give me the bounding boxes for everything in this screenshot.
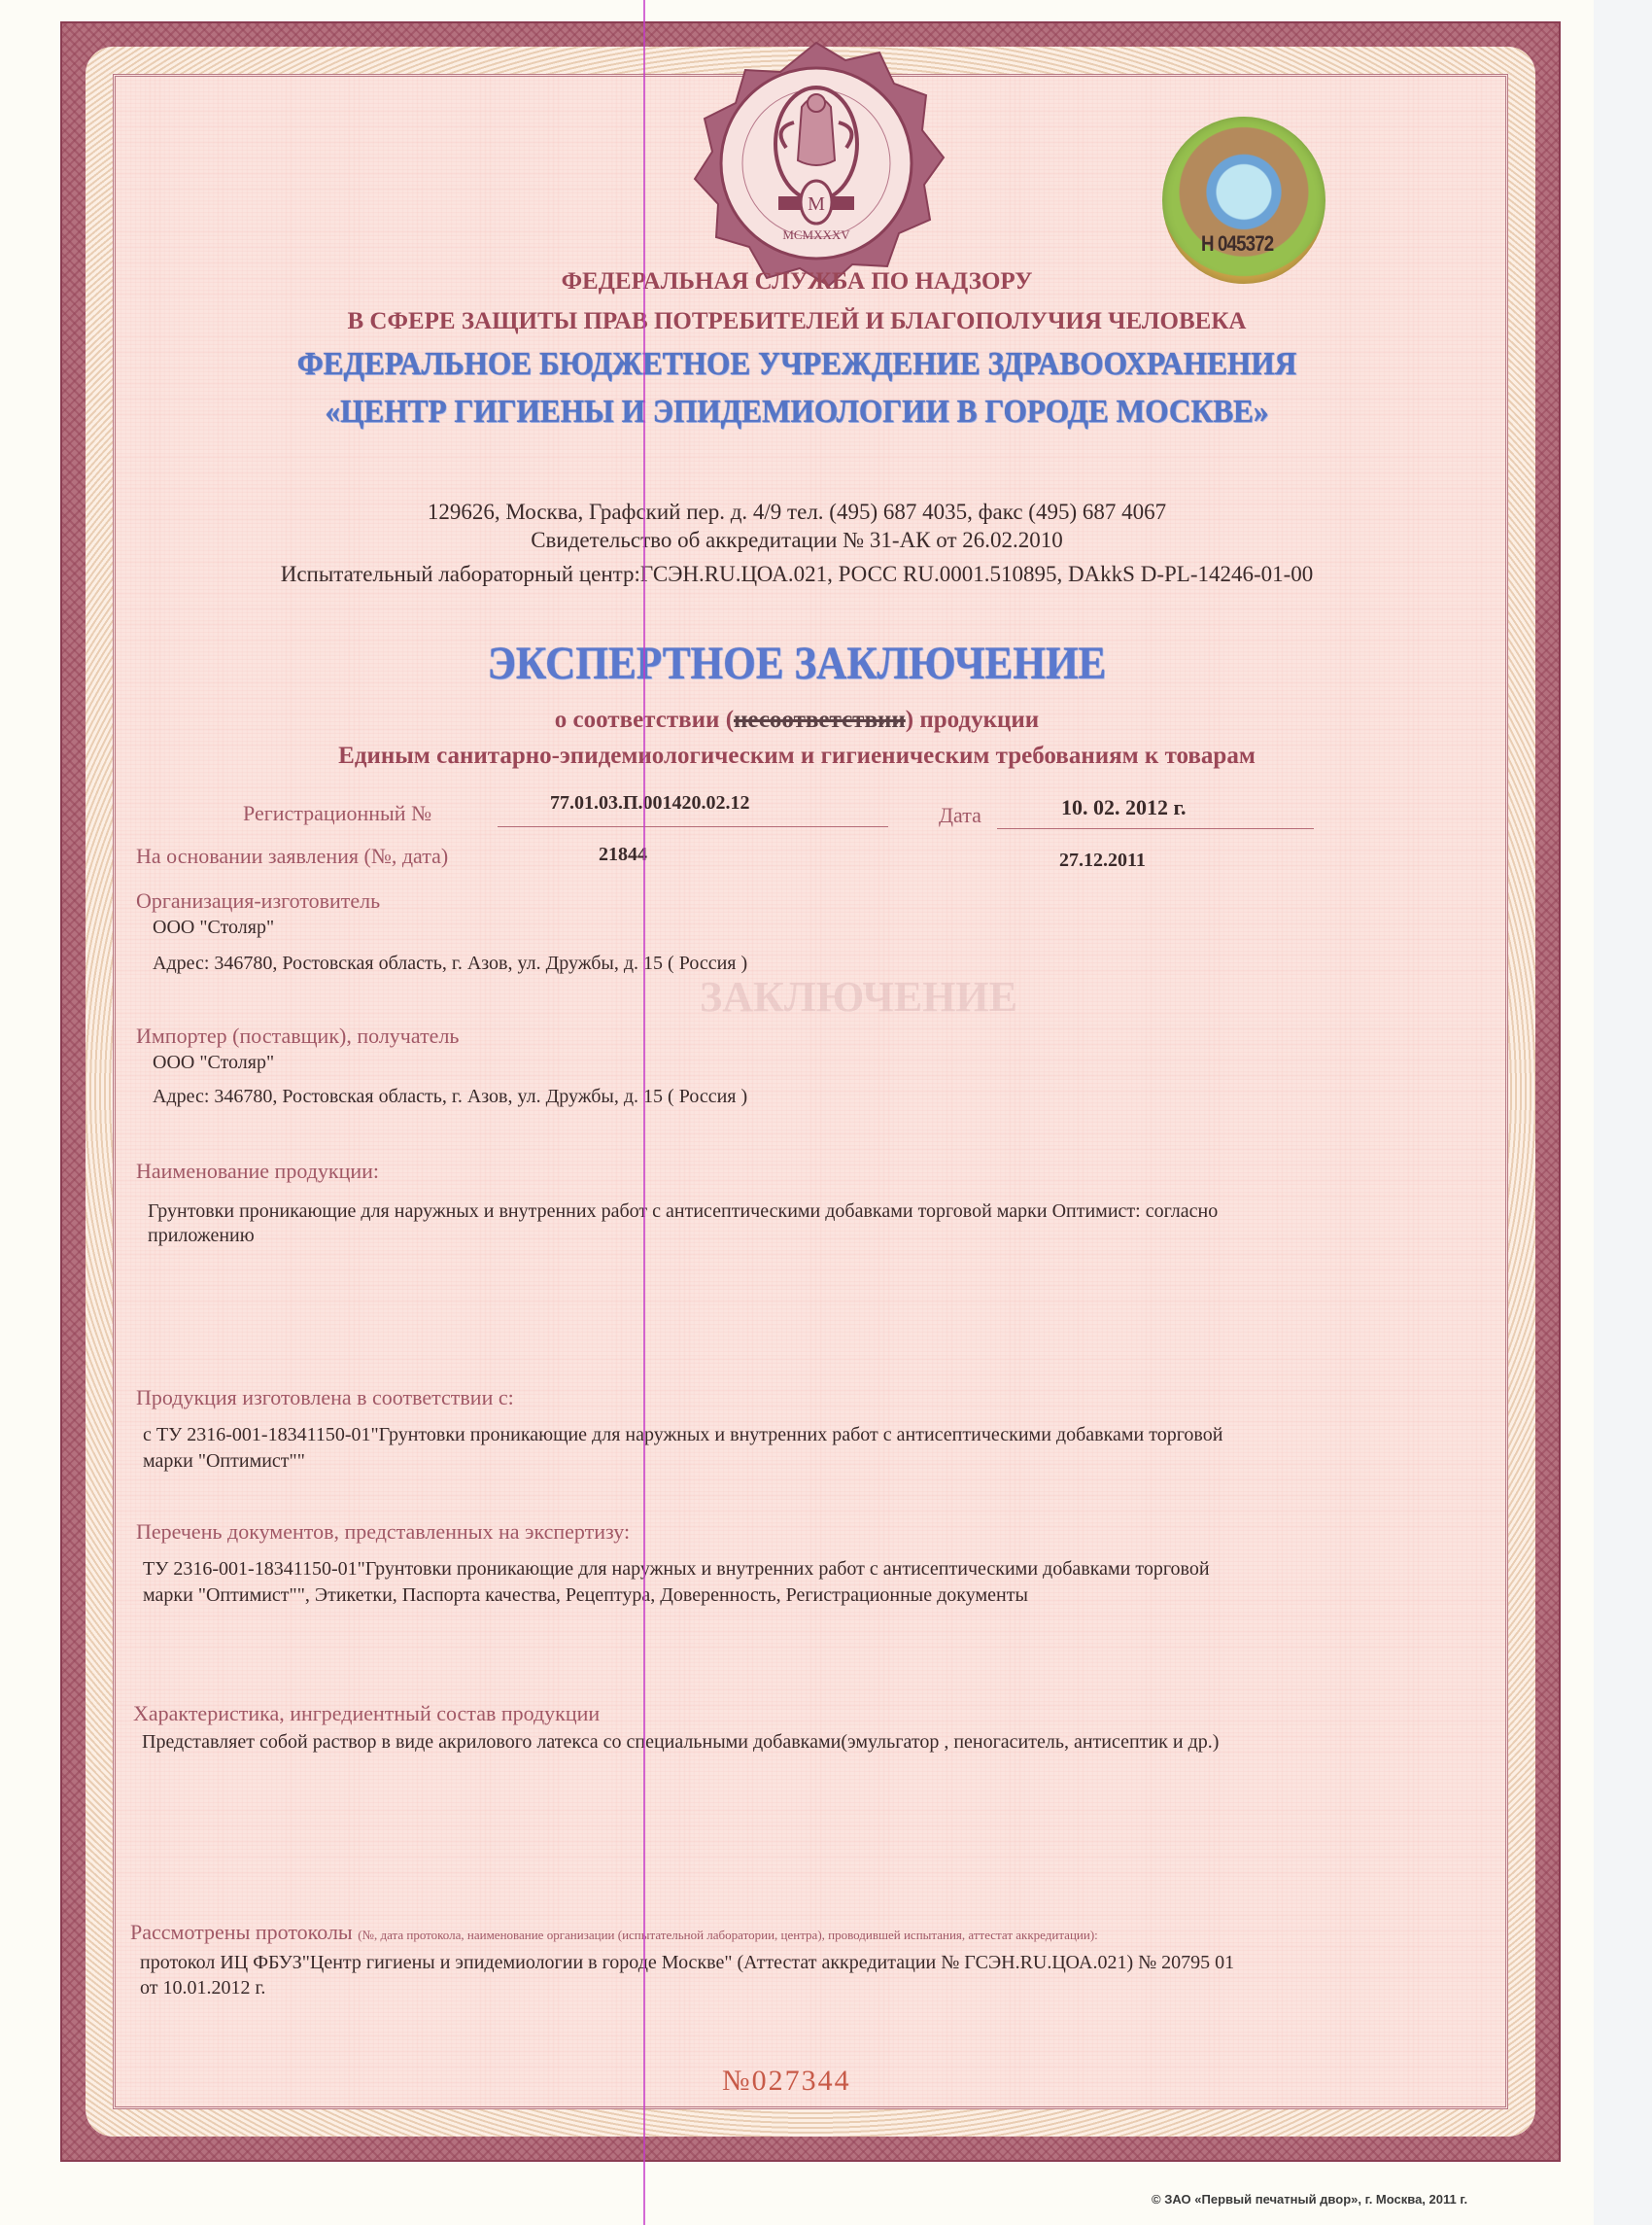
product-name-line1: Грунтовки проникающие для наружных и вну… <box>148 1200 1218 1223</box>
standard-line1: с ТУ 2316-001-18341150-01"Грунтовки прон… <box>143 1424 1222 1446</box>
protocols-label: Рассмотрены протоколы (№, дата протокола… <box>130 1920 1098 1945</box>
importer-label: Импортер (поставщик), получатель <box>136 1024 459 1049</box>
date-underline <box>997 828 1314 829</box>
laboratory-accreditations: Испытательный лабораторный центр:ГСЭН.RU… <box>0 562 1594 587</box>
form-serial-number: №027344 <box>722 2065 851 2098</box>
hologram-seal-icon: Н 045372 <box>1162 117 1325 284</box>
registration-number-label: Регистрационный № <box>243 801 431 826</box>
composition-text: Представляет собой раствор в виде акрило… <box>142 1731 1219 1754</box>
application-number: 21844 <box>599 844 647 866</box>
date-label: Дата <box>939 803 981 828</box>
scan-margin <box>1594 0 1652 2225</box>
registration-underline <box>498 826 888 827</box>
institution-address: 129626, Москва, Графский пер. д. 4/9 тел… <box>0 500 1594 525</box>
documents-line1: ТУ 2316-001-18341150-01"Грунтовки проник… <box>143 1558 1210 1581</box>
standard-label: Продукция изготовлена в соответствии с: <box>136 1385 514 1410</box>
printer-copyright: © ЗАО «Первый печатный двор», г. Москва,… <box>1152 2192 1467 2207</box>
application-label: На основании заявления (№, дата) <box>136 844 448 869</box>
agency-name-line2: В СФЕРЕ ЗАЩИТЫ ПРАВ ПОТРЕБИТЕЛЕЙ И БЛАГО… <box>0 308 1594 335</box>
protocol-line2: от 10.01.2012 г. <box>140 1977 265 1999</box>
manufacturer-name: ООО "Столяр" <box>153 917 274 939</box>
importer-address: Адрес: 346780, Ростовская область, г. Аз… <box>153 1086 747 1108</box>
documents-label: Перечень документов, представленных на э… <box>136 1519 630 1545</box>
institution-name-line2: «ЦЕНТР ГИГИЕНЫ И ЭПИДЕМИОЛОГИИ В ГОРОДЕ … <box>64 394 1531 431</box>
conformity-subtitle: о соответствии (несоответствии) продукци… <box>0 707 1594 734</box>
manufacturer-address: Адрес: 346780, Ростовская область, г. Аз… <box>153 953 747 975</box>
subtitle-suffix: ) продукции <box>906 707 1039 733</box>
svg-text:M: M <box>808 193 825 215</box>
struck-nonconformity: несоответствии <box>734 707 906 733</box>
accreditation-certificate: Свидетельство об аккредитации № 31-АК от… <box>0 528 1594 553</box>
composition-label: Характеристика, ингредиентный состав про… <box>133 1701 600 1726</box>
product-name-line2: приложению <box>148 1225 255 1247</box>
registration-number-value: 77.01.03.П.001420.02.12 <box>550 792 750 815</box>
hologram-number: Н 045372 <box>1201 231 1273 257</box>
bleed-through-text: ЗАКЛЮЧЕНИЕ <box>700 972 1017 1022</box>
document-title: ЭКСПЕРТНОЕ ЗАКЛЮЧЕНИЕ <box>80 637 1514 690</box>
application-date: 27.12.2011 <box>1059 850 1146 872</box>
scan-artifact-line <box>643 0 645 2225</box>
protocol-line1: протокол ИЦ ФБУЗ"Центр гигиены и эпидеми… <box>140 1952 1234 1974</box>
protocols-label-text: Рассмотрены протоколы <box>130 1920 353 1944</box>
standard-line2: марки "Оптимист"" <box>143 1450 305 1473</box>
requirements-subtitle: Единым санитарно-эпидемиологическим и ги… <box>0 743 1594 770</box>
agency-name-line1: ФЕДЕРАЛЬНАЯ СЛУЖБА ПО НАДЗОРУ <box>0 268 1594 296</box>
protocols-note: (№, дата протокола, наименование организ… <box>358 1928 1098 1942</box>
date-value: 10. 02. 2012 г. <box>1061 795 1187 820</box>
manufacturer-label: Организация-изготовитель <box>136 888 380 914</box>
svg-text:MCMXXXV: MCMXXXV <box>782 227 850 242</box>
product-label: Наименование продукции: <box>136 1159 379 1184</box>
importer-name: ООО "Столяр" <box>153 1052 274 1074</box>
institution-emblem-icon: M MCMXXXV <box>685 39 947 287</box>
documents-line2: марки "Оптимист"", Этикетки, Паспорта ка… <box>143 1584 1028 1607</box>
institution-name-line1: ФЕДЕРАЛЬНОЕ БЮДЖЕТНОЕ УЧРЕЖДЕНИЕ ЗДРАВОО… <box>64 346 1531 383</box>
